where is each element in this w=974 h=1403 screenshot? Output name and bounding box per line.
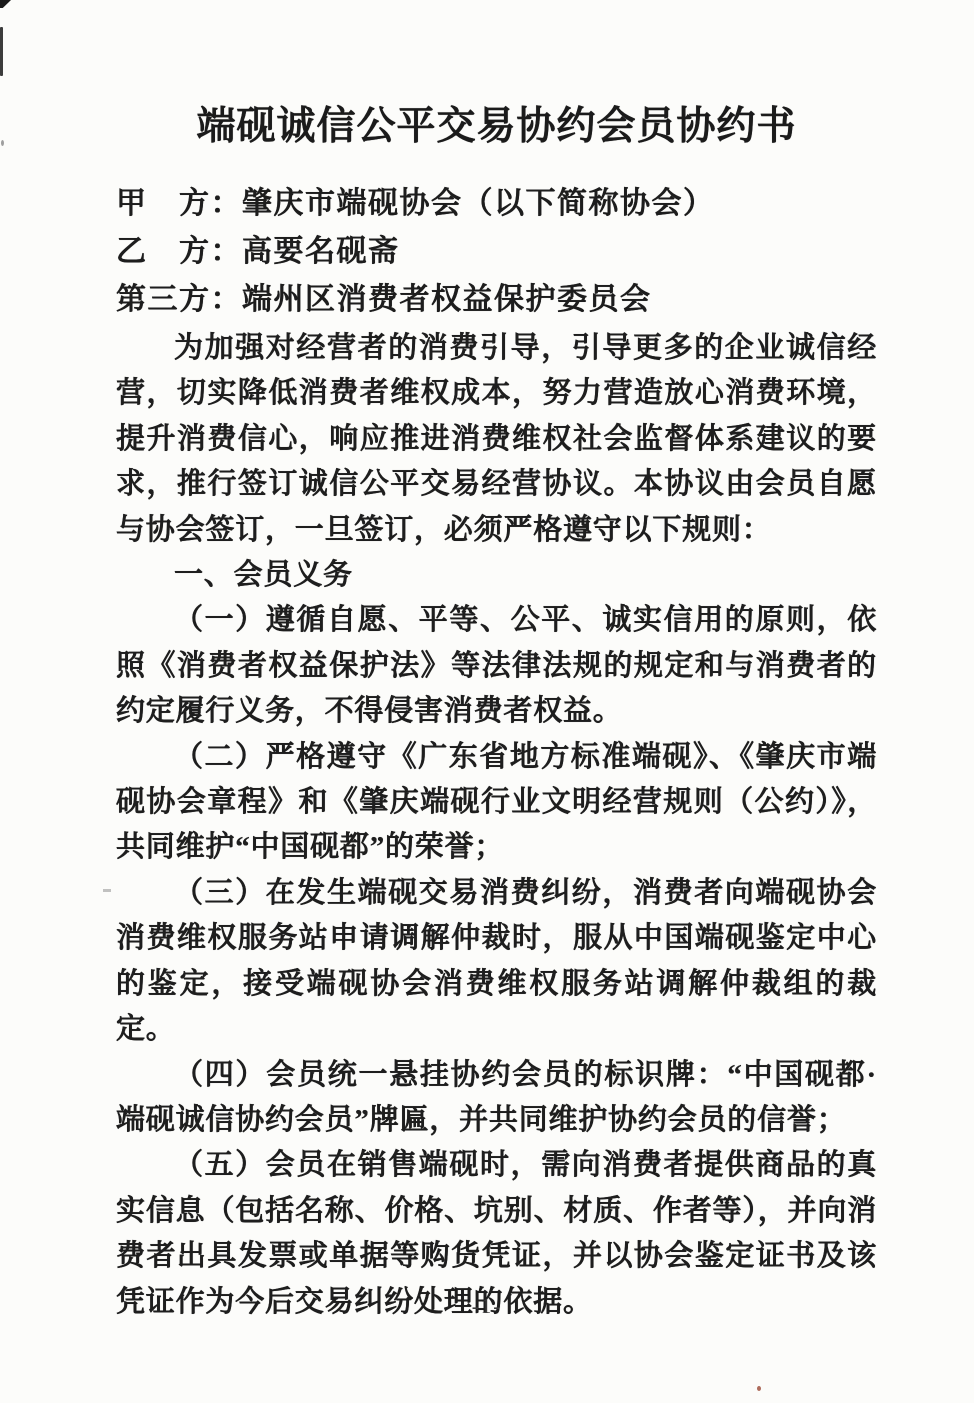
paragraph: （三）在发生端砚交易消费纠纷，消费者向端砚协会消费维权服务站申请调解仲裁时，服从…	[116, 871, 877, 1053]
paragraph: （二）严格遵守《广东省地方标准端砚》、《肇庆市端砚协会章程》和《肇庆端砚行业文明…	[116, 735, 877, 871]
party-row: 乙 方：高要名砚斋	[116, 228, 877, 276]
scan-artifact-edge-strip	[0, 27, 3, 76]
paragraph: 为加强对经营者的消费引导，引导更多的企业诚信经营，切实降低消费者维权成本，努力营…	[116, 326, 877, 553]
party-name: 肇庆市端砚协会（以下简称协会）	[242, 187, 715, 220]
party-row: 第三方：端州区消费者权益保护委员会	[116, 276, 877, 324]
paragraph: （一）遵循自愿、平等、公平、诚实信用的原则，依照《消费者权益保护法》等法律法规的…	[116, 598, 877, 734]
scan-artifact-edge-dot	[1, 140, 4, 146]
document-content: 端砚诚信公平交易协约会员协约书 甲 方：肇庆市端砚协会（以下简称协会） 乙 方：…	[116, 0, 877, 1325]
body-paragraphs: 为加强对经营者的消费引导，引导更多的企业诚信经营，切实降低消费者维权成本，努力营…	[116, 326, 877, 1325]
scanned-document-page: 端砚诚信公平交易协约会员协约书 甲 方：肇庆市端砚协会（以下简称协会） 乙 方：…	[0, 0, 974, 1403]
paragraph: 一、会员义务	[116, 553, 877, 598]
party-label: 第三方：	[116, 283, 242, 316]
party-label: 乙 方：	[116, 235, 242, 268]
party-name: 端州区消费者权益保护委员会	[242, 283, 652, 316]
page-number: -1-	[0, 1294, 974, 1319]
paragraph: （四）会员统一悬挂协约会员的标识牌：“中国砚都·端砚诚信协约会员”牌匾，并共同维…	[116, 1053, 877, 1144]
party-name: 高要名砚斋	[242, 235, 400, 268]
scan-artifact-corner	[0, 0, 11, 8]
party-label: 甲 方：	[116, 187, 242, 220]
scan-artifact-margin-dash	[103, 889, 111, 892]
scan-artifact-red-speck	[757, 1386, 761, 1391]
document-title: 端砚诚信公平交易协约会员协约书	[116, 103, 877, 150]
party-list: 甲 方：肇庆市端砚协会（以下简称协会） 乙 方：高要名砚斋 第三方：端州区消费者…	[116, 180, 877, 324]
party-row: 甲 方：肇庆市端砚协会（以下简称协会）	[116, 180, 877, 228]
